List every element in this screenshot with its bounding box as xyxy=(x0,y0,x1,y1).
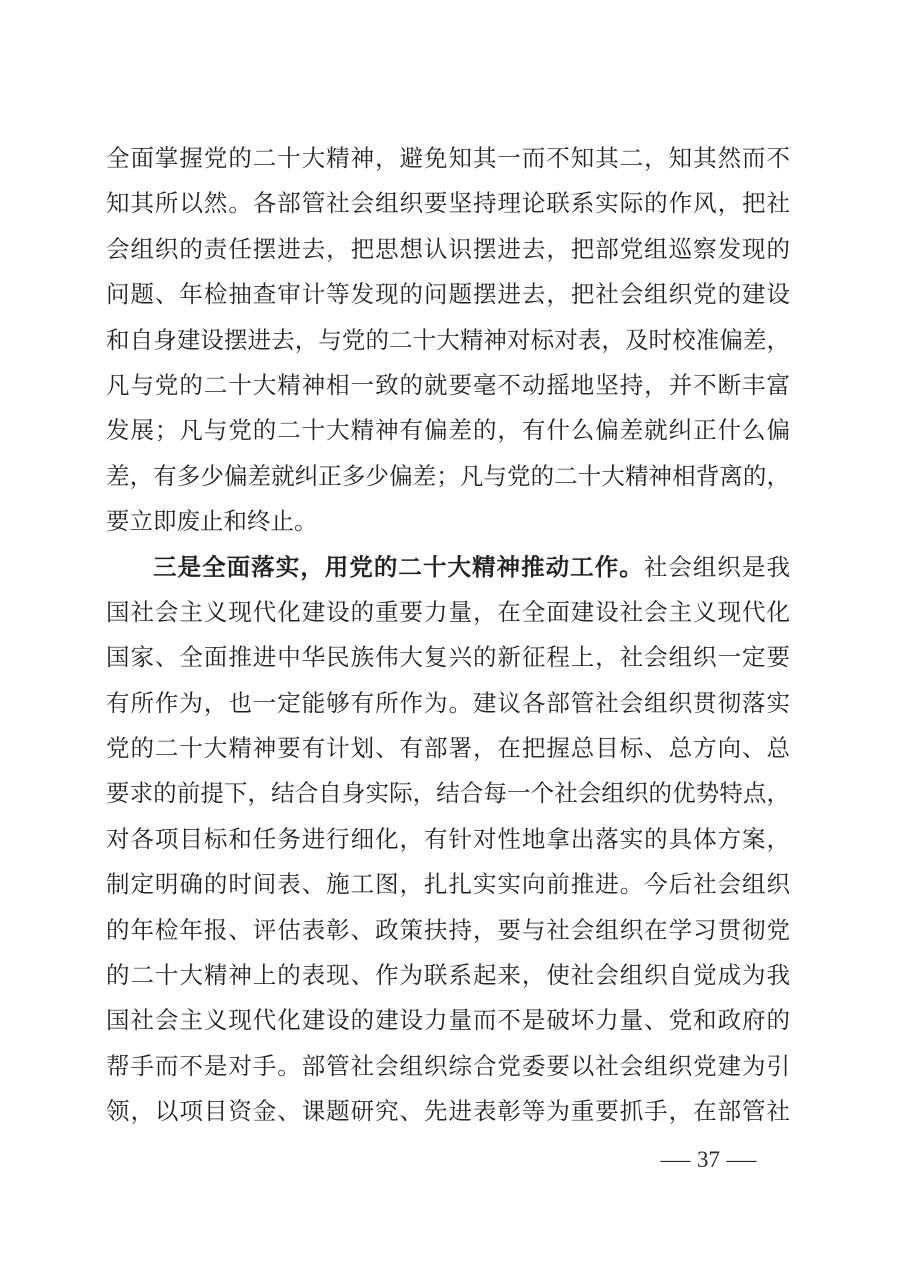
text-line: 发展；凡与党的二十大精神有偏差的，有什么偏差就纠正什么偏 xyxy=(106,409,790,454)
text-line: 党的二十大精神要有计划、有部署，在把握总目标、总方向、总 xyxy=(106,727,790,772)
footer-left-dash: — xyxy=(661,1144,691,1176)
document-body: 全面掌握党的二十大精神，避免知其一而不知其二，知其然而不知其所以然。各部管社会组… xyxy=(106,137,790,1136)
text-line: 帮手而不是对手。部管社会组织综合党委要以社会组织党建为引 xyxy=(106,1045,790,1090)
text-line: 的二十大精神上的表现、作为联系起来，使社会组织自觉成为我 xyxy=(106,954,790,999)
page-footer: —37— xyxy=(654,1144,763,1176)
text-line: 全面掌握党的二十大精神，避免知其一而不知其二，知其然而不 xyxy=(106,137,790,182)
text-line: 问题、年检抽查审计等发现的问题摆进去，把社会组织党的建设 xyxy=(106,273,790,318)
text-line: 制定明确的时间表、施工图，扎扎实实向前推进。今后社会组织 xyxy=(106,863,790,908)
text-line: 要立即废止和终止。 xyxy=(106,500,790,545)
text-line: 国家、全面推进中华民族伟大复兴的新征程上，社会组织一定要 xyxy=(106,636,790,681)
bold-lead-text: 三是全面落实，用党的二十大精神推动工作。 xyxy=(153,555,644,581)
text-line: 的年检年报、评估表彰、政策扶持，要与社会组织在学习贯彻党 xyxy=(106,909,790,954)
text-line: 三是全面落实，用党的二十大精神推动工作。社会组织是我 xyxy=(106,546,790,591)
page-number: 37 xyxy=(697,1147,720,1172)
text-line: 会组织的责任摆进去，把思想认识摆进去，把部党组巡察发现的 xyxy=(106,228,790,273)
text-line: 凡与党的二十大精神相一致的就要毫不动摇地坚持，并不断丰富 xyxy=(106,364,790,409)
text-line: 有所作为，也一定能够有所作为。建议各部管社会组织贯彻落实 xyxy=(106,682,790,727)
document-page: 全面掌握党的二十大精神，避免知其一而不知其二，知其然而不知其所以然。各部管社会组… xyxy=(0,0,900,1273)
footer-right-dash: — xyxy=(727,1144,757,1176)
text-line: 和自身建设摆进去，与党的二十大精神对标对表，及时校准偏差， xyxy=(106,319,790,364)
text-line: 领，以项目资金、课题研究、先进表彰等为重要抓手，在部管社 xyxy=(106,1090,790,1135)
text-line: 要求的前提下，结合自身实际，结合每一个社会组织的优势特点， xyxy=(106,772,790,817)
text-line: 国社会主义现代化建设的重要力量，在全面建设社会主义现代化 xyxy=(106,591,790,636)
text-line: 国社会主义现代化建设的建设力量而不是破坏力量、党和政府的 xyxy=(106,999,790,1044)
text-line: 差，有多少偏差就纠正多少偏差；凡与党的二十大精神相背离的， xyxy=(106,455,790,500)
text-line: 对各项目标和任务进行细化，有针对性地拿出落实的具体方案， xyxy=(106,818,790,863)
text-line: 知其所以然。各部管社会组织要坚持理论联系实际的作风，把社 xyxy=(106,182,790,227)
